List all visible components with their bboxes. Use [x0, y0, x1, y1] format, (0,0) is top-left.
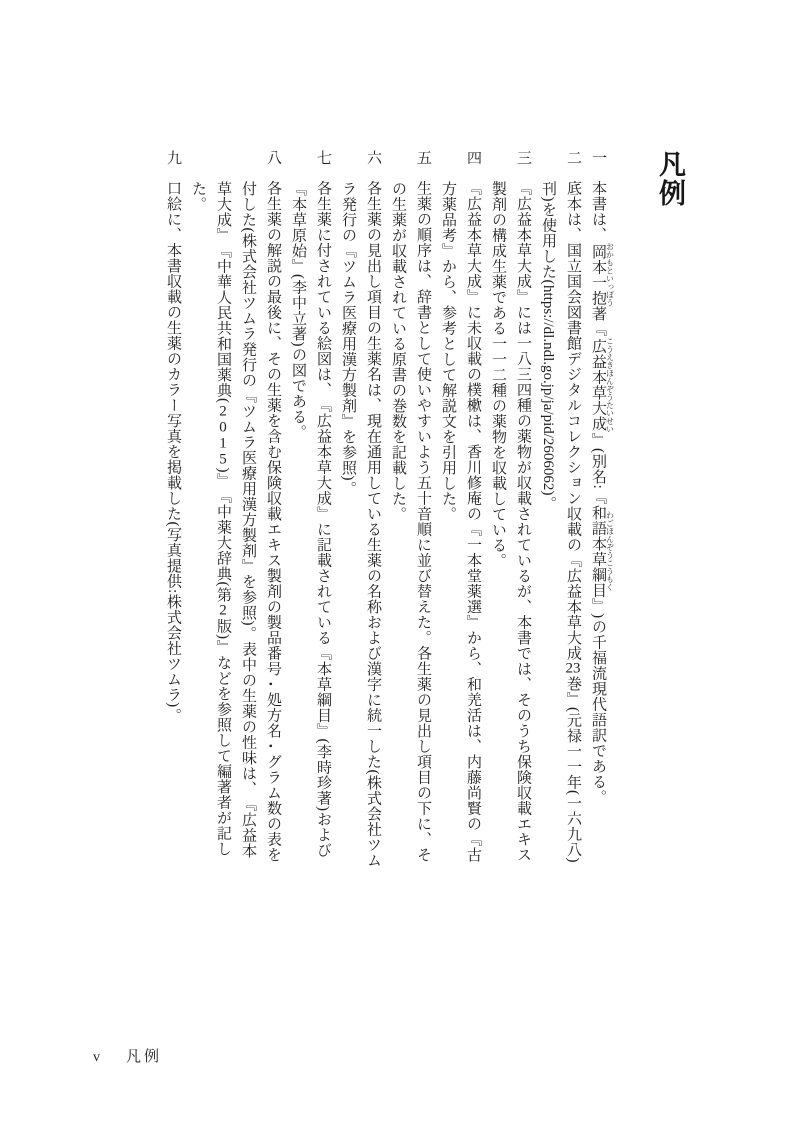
upright-digits: 2015: [215, 404, 231, 468]
item-text: 口絵に、本書収載の生薬のカラー写真を掲載した(写真提供:株式会社ツムラ)。: [165, 181, 181, 724]
furigana-ruby: 広益本草大成こうえきほんぞうたいせい: [590, 337, 606, 433]
page-title: 凡例: [654, 150, 685, 872]
hanrei-item: 四『広益本草大成』に未収載の樸樕は、香川修庵の『一本堂薬選』から、和羌活は、内藤…: [435, 150, 485, 872]
item-number: 三: [515, 150, 531, 166]
url-text: https://dl.ndl.go.jp/ja/pid/2606062: [540, 285, 556, 490]
hanrei-content: 凡例 一本書は、岡本一抱おかもといっぽう著『広益本草大成こうえきほんぞうたいせい…: [160, 150, 685, 872]
hanrei-item: 五生薬の順序は、辞書として使いやすいよう五十音順に並び替えた。各生薬の見出し項目…: [385, 150, 435, 872]
item-number: 二: [565, 150, 581, 166]
hanrei-list: 一本書は、岡本一抱おかもといっぽう著『広益本草大成こうえきほんぞうたいせい』(別…: [160, 150, 614, 872]
upright-digits: 2: [215, 603, 231, 619]
book-page: 凡例 一本書は、岡本一抱おかもといっぽう著『広益本草大成こうえきほんぞうたいせい…: [0, 0, 800, 1129]
item-number: 五: [415, 150, 431, 166]
item-text: 各生薬の解説の最後に、その生薬を含む保険収載エキス製剤の製品番号・処方名・グラム…: [190, 181, 281, 863]
hanrei-item: 二底本は、国立国会図書館デジタルコレクション収載の『広益本草大成23巻』(元禄一…: [535, 150, 585, 872]
item-number: 六: [365, 150, 381, 166]
item-number: 四: [465, 150, 481, 166]
item-text: 『広益本草大成』には一八三四種の薬物が収載されているが、本書では、そのうち保険収…: [490, 181, 531, 863]
furigana-ruby: 岡本一抱おかもといっぽう: [590, 243, 606, 307]
item-number: 八: [265, 150, 281, 166]
item-text: 底本は、国立国会図書館デジタルコレクション収載の『広益本草大成23巻』(元禄一一…: [540, 181, 581, 864]
item-text: 各生薬の見出し項目の生薬名は、現在通用している生薬の名称および漢字に統一した(株…: [340, 181, 381, 869]
item-number: 七: [315, 150, 331, 166]
item-text: 『広益本草大成』に未収載の樸樕は、香川修庵の『一本堂薬選』から、和羌活は、内藤尚…: [440, 181, 481, 863]
hanrei-item: 三『広益本草大成』には一八三四種の薬物が収載されているが、本書では、そのうち保険…: [485, 150, 535, 872]
footer-section-label: 凡例: [126, 1045, 162, 1066]
item-number: 一: [590, 150, 606, 166]
page-footer: v 凡例: [93, 1045, 162, 1066]
item-number: 九: [165, 150, 181, 166]
tate-chu-yoko-number: 23: [565, 661, 581, 676]
item-text: 生薬の順序は、辞書として使いやすいよう五十音順に並び替えた。各生薬の見出し項目の…: [390, 181, 431, 863]
furigana-ruby: 和語本草綱目わごほんぞうこうもく: [590, 505, 606, 598]
hanrei-item: 一本書は、岡本一抱おかもといっぽう著『広益本草大成こうえきほんぞうたいせい』(別…: [585, 150, 614, 872]
hanrei-item: 八各生薬の解説の最後に、その生薬を含む保険収載エキス製剤の製品番号・処方名・グラ…: [185, 150, 285, 872]
item-text: 各生薬に付されている絵図は、『広益本草大成』に記載されている『本草綱目』(李時珍…: [290, 181, 331, 859]
item-text: 本書は、岡本一抱おかもといっぽう著『広益本草大成こうえきほんぞうたいせい』(別名…: [590, 181, 606, 805]
hanrei-item: 九口絵に、本書収載の生薬のカラー写真を掲載した(写真提供:株式会社ツムラ)。: [160, 150, 185, 872]
page-number: v: [93, 1050, 100, 1066]
hanrei-item: 七各生薬に付されている絵図は、『広益本草大成』に記載されている『本草綱目』(李時…: [285, 150, 335, 872]
hanrei-item: 六各生薬の見出し項目の生薬名は、現在通用している生薬の名称および漢字に統一した(…: [335, 150, 385, 872]
